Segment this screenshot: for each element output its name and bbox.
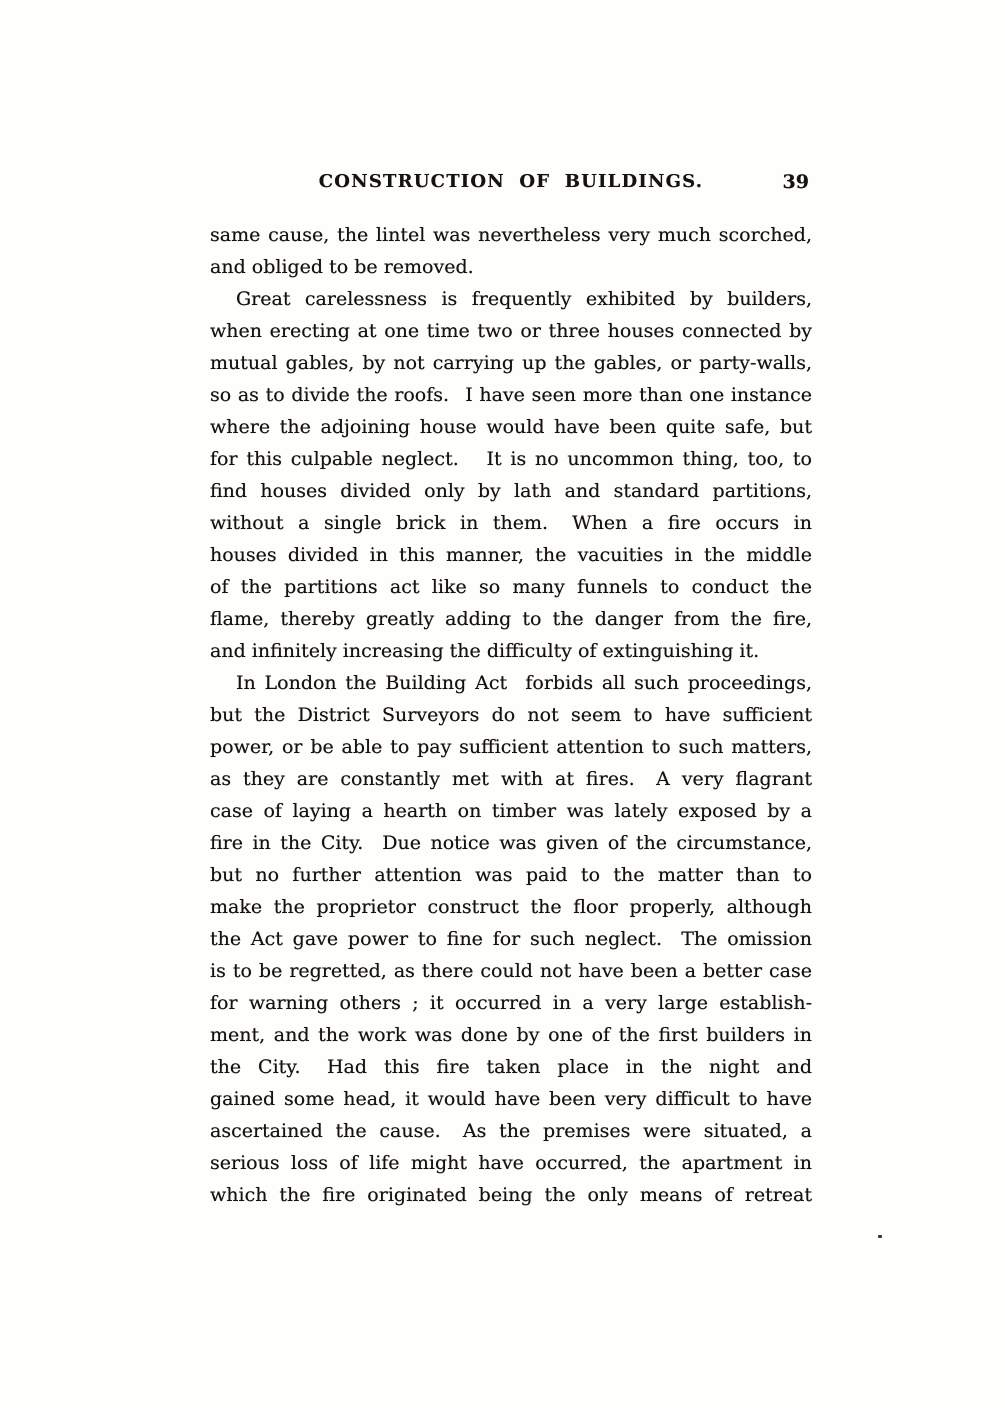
- text-line: serious loss of life might have occurred…: [210, 1147, 812, 1179]
- text-line: flame, thereby greatly adding to the dan…: [210, 603, 812, 635]
- text-line: for this culpable neglect. It is no unco…: [210, 443, 812, 475]
- text-line: case of laying a hearth on timber was la…: [210, 795, 812, 827]
- text-line: ascertained the cause. As the premises w…: [210, 1115, 812, 1147]
- text-line: which the fire originated being the only…: [210, 1179, 812, 1211]
- text-line: houses divided in this manner, the vacui…: [210, 539, 812, 571]
- text-line: and infinitely increasing the difficulty…: [210, 635, 812, 667]
- text-line: but no further attention was paid to the…: [210, 859, 812, 891]
- page-number: 39: [783, 169, 809, 195]
- text-line: same cause, the lintel was nevertheless …: [210, 219, 812, 251]
- text-line: of the partitions act like so many funne…: [210, 571, 812, 603]
- text-line: without a single brick in them. When a f…: [210, 507, 812, 539]
- text-line: power, or be able to pay sufficient atte…: [210, 731, 812, 763]
- text-line: is to be regretted, as there could not h…: [210, 955, 812, 987]
- text-line: mutual gables, by not carrying up the ga…: [210, 347, 812, 379]
- text-line: so as to divide the roofs. I have seen m…: [210, 379, 812, 411]
- book-page: CONSTRUCTION OF BUILDINGS. 39 same cause…: [0, 0, 1005, 1408]
- text-line: make the proprietor construct the floor …: [210, 891, 812, 923]
- text-line: as they are constantly met with at fires…: [210, 763, 812, 795]
- text-line: In London the Building Act forbids all s…: [210, 667, 812, 699]
- text-line: Great carelessness is frequently exhibit…: [210, 283, 812, 315]
- body-text: same cause, the lintel was nevertheless …: [210, 219, 812, 1211]
- text-line: the Act gave power to fine for such negl…: [210, 923, 812, 955]
- text-line: fire in the City. Due notice was given o…: [210, 827, 812, 859]
- text-line: for warning others ; it occurred in a ve…: [210, 987, 812, 1019]
- scan-speck: [878, 1235, 882, 1238]
- text-line: where the adjoining house would have bee…: [210, 411, 812, 443]
- text-line: gained some head, it would have been ver…: [210, 1083, 812, 1115]
- text-line: ment, and the work was done by one of th…: [210, 1019, 812, 1051]
- page-header: CONSTRUCTION OF BUILDINGS. 39: [210, 169, 812, 195]
- text-line: but the District Surveyors do not seem t…: [210, 699, 812, 731]
- running-title: CONSTRUCTION OF BUILDINGS.: [210, 169, 812, 195]
- text-line: find houses divided only by lath and sta…: [210, 475, 812, 507]
- text-line: the City. Had this fire taken place in t…: [210, 1051, 812, 1083]
- text-line: and obliged to be removed.: [210, 251, 812, 283]
- text-line: when erecting at one time two or three h…: [210, 315, 812, 347]
